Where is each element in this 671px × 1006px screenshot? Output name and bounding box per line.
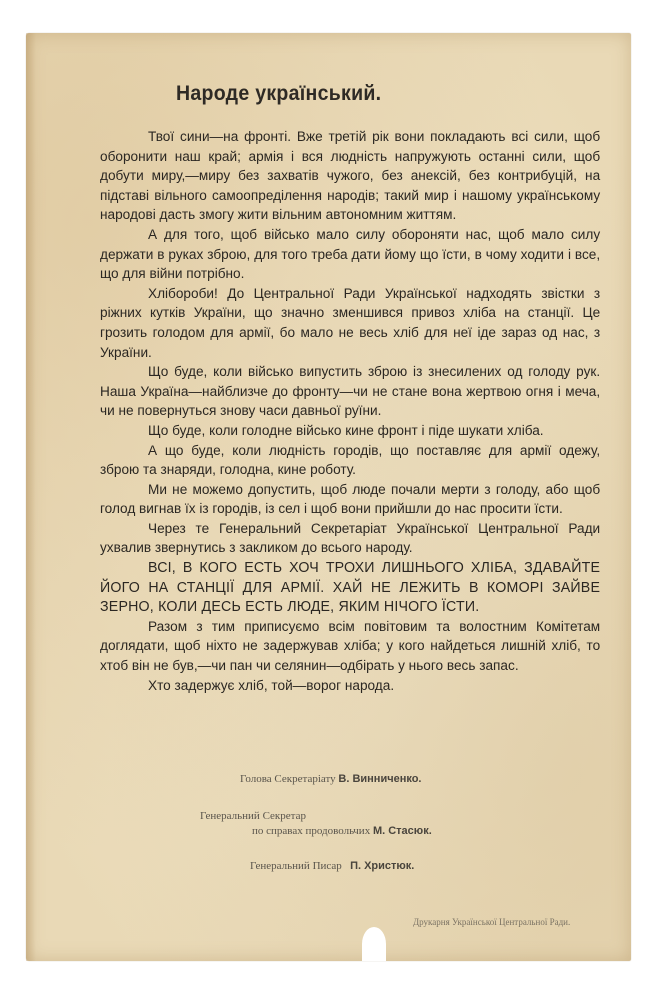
signature-clerk: Генеральний Писар П. Христюк. <box>250 860 414 872</box>
paragraph: Твої сини—на фронті. Вже третій рік вони… <box>100 128 600 226</box>
signature-chairman: Голова Секретаріату В. Винниченко. <box>240 773 422 785</box>
signature-food-secretary: по справах продовольчих М. Стасюк. <box>252 825 432 837</box>
paragraph: Ми не можемо допустить, щоб люде почали … <box>100 481 600 520</box>
signature-name: М. Стасюк. <box>373 825 432 837</box>
paper-tear <box>362 927 386 961</box>
paragraph: Що буде, коли голодне військо кине фронт… <box>100 422 600 442</box>
page-title: Народе український. <box>176 82 570 116</box>
paragraph: Через те Генеральний Секретаріат Українс… <box>100 520 600 559</box>
paragraph: А для того, щоб військо мало силу оборон… <box>100 226 600 285</box>
signature-role: Генеральний Секретар <box>200 810 306 822</box>
signature-role: Генеральний Писар <box>250 860 342 872</box>
paragraph: Разом з тим приписуємо всім повітовим та… <box>100 618 600 677</box>
paragraph: Що буде, коли військо випустить зброю із… <box>100 363 600 422</box>
signature-name: В. Винниченко. <box>338 773 421 785</box>
signature-food-secretary-role: Генеральний Секретар <box>200 810 306 822</box>
signature-role: по справах продовольчих <box>252 825 370 837</box>
signature-name: П. Христюк. <box>350 860 414 872</box>
signature-role: Голова Секретаріату <box>240 773 336 785</box>
paragraph: Хлібороби! До Центральної Ради Українськ… <box>100 285 600 363</box>
paragraph-closing: Хто задержує хліб, той—ворог народа. <box>100 677 600 697</box>
document-body: Народе український. Твої сини—на фронті.… <box>100 60 600 696</box>
paragraph-emphasis: ВСІ, В КОГО ЕСТЬ ХОЧ ТРОХИ ЛИШНЬОГО ХЛІБ… <box>100 559 600 618</box>
appeal-text: Твої сини—на фронті. Вже третій рік вони… <box>100 128 600 696</box>
paragraph: А що буде, коли людність городів, що пос… <box>100 442 600 481</box>
printer-imprint: Друкарня Української Центральної Ради. <box>413 917 570 927</box>
